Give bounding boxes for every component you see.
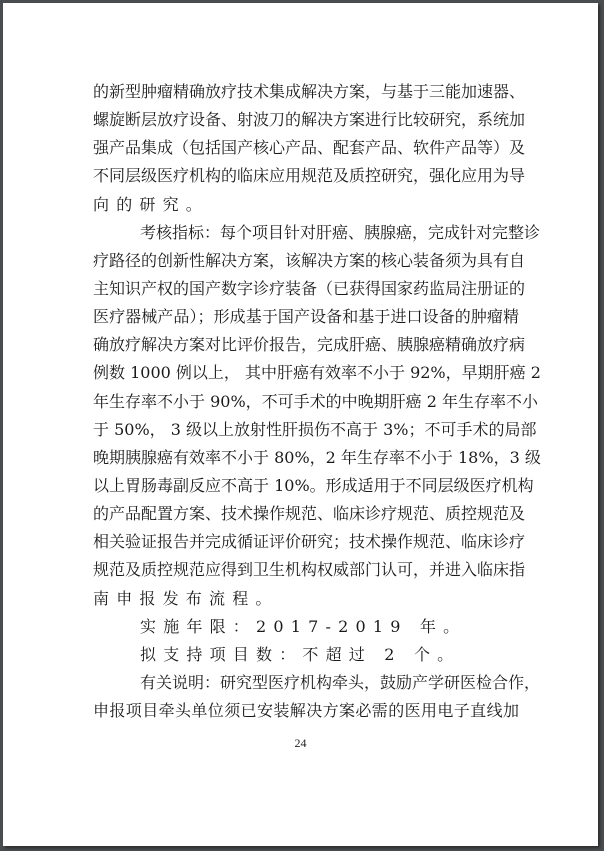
text-line: 相关验证报告并完成循证评价研究；技术操作规范、临床诊疗 [93, 528, 519, 556]
text-line: 年生存率不小于 90%，不可手术的中晚期肝癌 2 年生存率不小 [93, 388, 519, 416]
text-line: 强产品集成（包括国产核心产品、配套产品、软件产品等）及 [93, 134, 519, 162]
text-line: 南申报发布流程。 [93, 585, 519, 613]
text-line: 不同层级医疗机构的临床应用规范及质控研究，强化应用为导 [93, 162, 519, 190]
page-body-text: 的新型肿瘤精确放疗技术集成解决方案，与基于三能加速器、 螺旋断层放疗设备、射波刀… [93, 78, 519, 725]
text-line: 主知识产权的国产数字诊疗装备（已获得国家药监局注册证的 [93, 275, 519, 303]
paragraph-assessment-indicators: 考核指标：每个项目针对肝癌、胰腺癌，完成针对完整诊 [93, 219, 519, 247]
page-number: 24 [3, 736, 598, 751]
text-line: 医疗器械产品）；形成基于国产设备和基于进口设备的肿瘤精 [93, 303, 519, 331]
supported-project-count: 拟支持项目数：不超过 2 个。 [93, 641, 519, 669]
text-line: 于 50%， 3 级以上放射性肝损伤不高于 3%；不可手术的局部 [93, 416, 519, 444]
text-line: 疗路径的创新性解决方案，该解决方案的核心装备须为具有自 [93, 247, 519, 275]
text-line: 申报项目牵头单位须已安装解决方案必需的医用电子直线加 [93, 697, 519, 725]
text-line: 晚期胰腺癌有效率不小于 80%，2 年生存率不小于 18%，3 级 [93, 444, 519, 472]
text-line: 向的研究。 [93, 191, 519, 219]
paragraph-related-notes: 有关说明：研究型医疗机构牵头，鼓励产学研医检合作， [93, 669, 519, 697]
text-line: 例数 1000 例以上， 其中肝癌有效率不小于 92%，早期肝癌 2 [93, 359, 519, 387]
text-line: 确放疗解决方案对比评价报告，完成肝癌、胰腺癌精确放疗病 [93, 331, 519, 359]
text-line: 的产品配置方案、技术操作规范、临床诊疗规范、质控规范及 [93, 500, 519, 528]
document-page: 的新型肿瘤精确放疗技术集成解决方案，与基于三能加速器、 螺旋断层放疗设备、射波刀… [3, 3, 598, 846]
text-line: 的新型肿瘤精确放疗技术集成解决方案，与基于三能加速器、 [93, 78, 519, 106]
implementation-period: 实施年限：2017-2019 年。 [93, 613, 519, 641]
text-line: 规范及质控规范应得到卫生机构权威部门认可，并进入临床指 [93, 556, 519, 584]
document-viewer: 的新型肿瘤精确放疗技术集成解决方案，与基于三能加速器、 螺旋断层放疗设备、射波刀… [0, 0, 604, 851]
text-line: 螺旋断层放疗设备、射波刀的解决方案进行比较研究，系统加 [93, 106, 519, 134]
text-line: 以上胃肠毒副反应不高于 10%。形成适用于不同层级医疗机构 [93, 472, 519, 500]
